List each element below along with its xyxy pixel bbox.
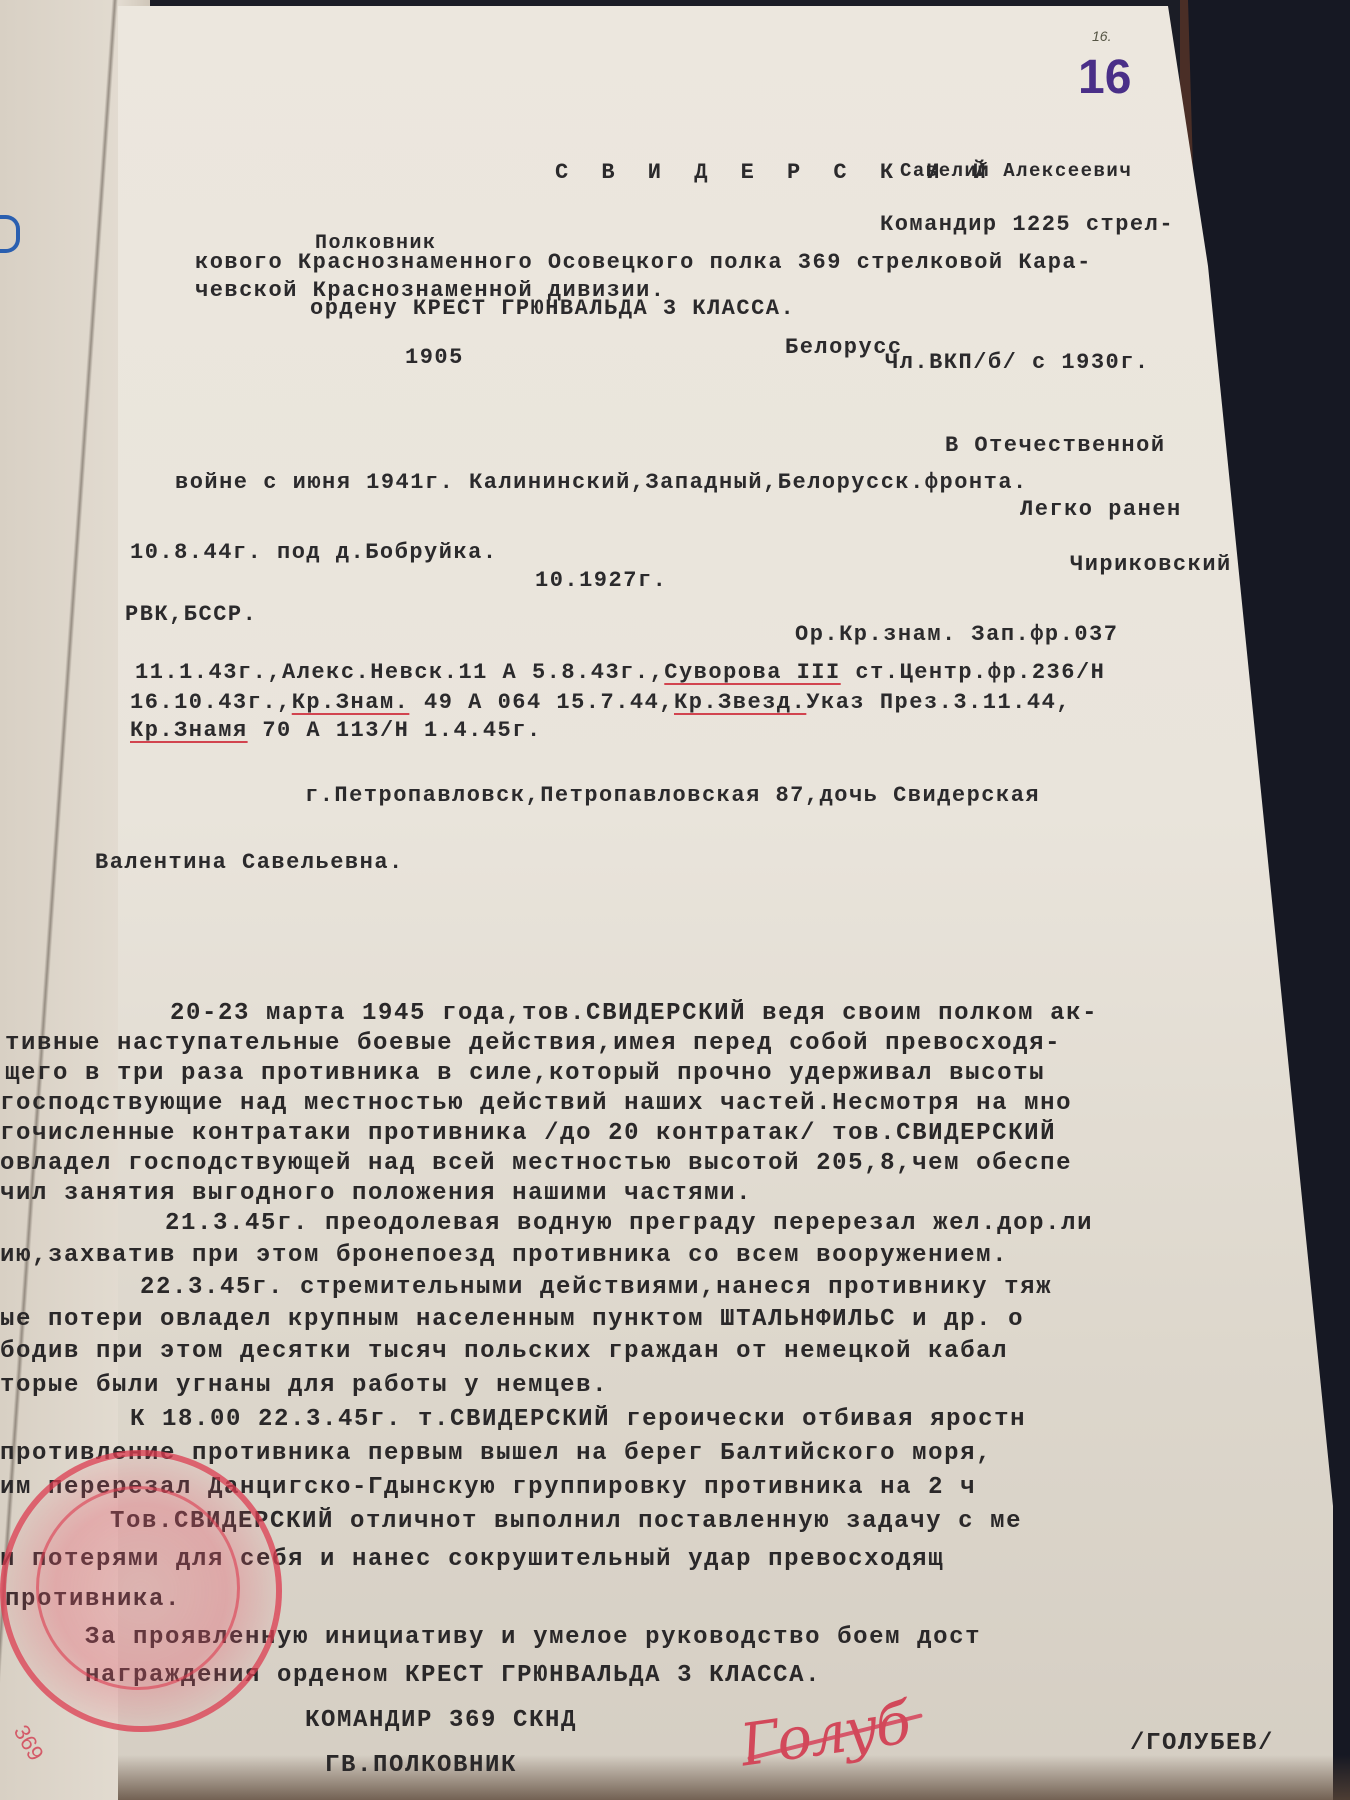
award-nominated: ордену КРЕСТ ГРЮНВАЛЬДА 3 КЛАССА.: [310, 296, 795, 321]
wounds-label: Легко ранен: [1020, 497, 1182, 522]
award-suvorov-detail: ст.Центр.фр.236/Н: [841, 660, 1106, 685]
page-bottom-shadow: [118, 1755, 1350, 1800]
narrative-line: гочисленные контратаки противника /до 20…: [0, 1120, 1056, 1147]
narrative-line: 21.3.45г. преодолевая водную преграду пе…: [165, 1210, 1093, 1237]
blue-ink-mark: [0, 215, 20, 253]
award-red-banner-3-detail: 70 А 113/Н 1.4.45г.: [248, 718, 542, 743]
page-number-stamp: 16: [1078, 50, 1131, 105]
narrative-line: торые были угнаны для работы у немцев.: [0, 1372, 608, 1399]
name-patronymic: Савелий Алексеевич: [900, 160, 1132, 182]
narrative-line: 22.3.45г. стремительными действиями,нане…: [140, 1274, 1052, 1301]
award-red-banner-2-detail: 49 А 064 15.7.44,: [409, 690, 674, 715]
address-line-1: г.Петропавловск,Петропавловская 87,дочь …: [305, 783, 1040, 808]
narrative-line: господствующие над местностью действий н…: [0, 1090, 1072, 1117]
war-label: В Отечественной: [945, 433, 1166, 458]
pencil-page-number: 16.: [1092, 28, 1111, 44]
award-red-star: Кр.Звезд.: [674, 690, 806, 715]
narrative-line: щего в три раза противника в силе,которы…: [5, 1060, 1045, 1087]
narrative-line: ию,захватив при этом бронепоезд противни…: [0, 1242, 1008, 1269]
position-line-2: кового Краснознаменного Осовецкого полка…: [195, 250, 1092, 275]
wounds-detail: 10.8.44г. под д.Бобруйка.: [130, 540, 498, 565]
stamp-inner-ring: [36, 1486, 240, 1690]
party-membership: Чл.ВКП/б/ с 1930г.: [885, 350, 1150, 375]
awards-line-1: Ор.Кр.знам. Зап.фр.037: [795, 622, 1118, 647]
draft-office: РВК,БССР.: [125, 602, 257, 627]
draft-office-label: Чириковский: [1070, 552, 1232, 577]
narrative-line: овладел господствующей над всей местност…: [0, 1150, 1072, 1177]
awards-line-4: Кр.Знамя 70 А 113/Н 1.4.45г.: [130, 718, 542, 743]
award-red-banner-3: Кр.Знамя: [130, 718, 248, 743]
signatory-title: КОМАНДИР 369 СКНД: [305, 1707, 577, 1734]
awards-line-3: 16.10.43г.,Кр.Знам. 49 А 064 15.7.44,Кр.…: [130, 690, 1071, 715]
narrative-line: ые потери овладел крупным населенным пун…: [0, 1306, 1024, 1333]
army-service-since: 10.1927г.: [535, 568, 667, 593]
war-fronts: войне с июня 1941г. Калининский,Западный…: [175, 470, 1028, 495]
official-round-stamp: [0, 1450, 282, 1732]
narrative-line: К 18.00 22.3.45г. т.СВИДЕРСКИЙ героическ…: [130, 1406, 1026, 1433]
award-suvorov: Суворова III: [664, 660, 840, 685]
narrative-line: тивные наступательные боевые действия,им…: [5, 1030, 1061, 1057]
awards-line-2: 11.1.43г.,Алекс.Невск.11 А 5.8.43г.,Суво…: [135, 660, 1105, 685]
award-red-banner-2: Кр.Знам.: [292, 690, 410, 715]
award-order-red-banner-1: Ор.Кр.знам. Зап.фр.037: [795, 622, 1118, 647]
signatory-name: /ГОЛУБЕВ/: [1130, 1730, 1274, 1757]
birth-year: 1905: [405, 345, 464, 370]
narrative-line: бодив при этом десятки тысяч польских гр…: [0, 1338, 1008, 1365]
signatory-rank: ГВ.ПОЛКОВНИК: [325, 1752, 517, 1779]
award-nevsky: 11.1.43г.,Алекс.Невск.11 А 5.8.43г.,: [135, 660, 664, 685]
position-line-1: Командир 1225 стрел-: [880, 212, 1174, 237]
address-line-2: Валентина Савельевна.: [95, 850, 404, 875]
narrative-line: 20-23 марта 1945 года,тов.СВИДЕРСКИЙ вед…: [170, 1000, 1098, 1027]
award-red-star-detail: Указ През.3.11.44,: [806, 690, 1071, 715]
award-date: 16.10.43г.,: [130, 690, 292, 715]
narrative-line: чил занятия выгодного положения нашими ч…: [0, 1180, 752, 1207]
